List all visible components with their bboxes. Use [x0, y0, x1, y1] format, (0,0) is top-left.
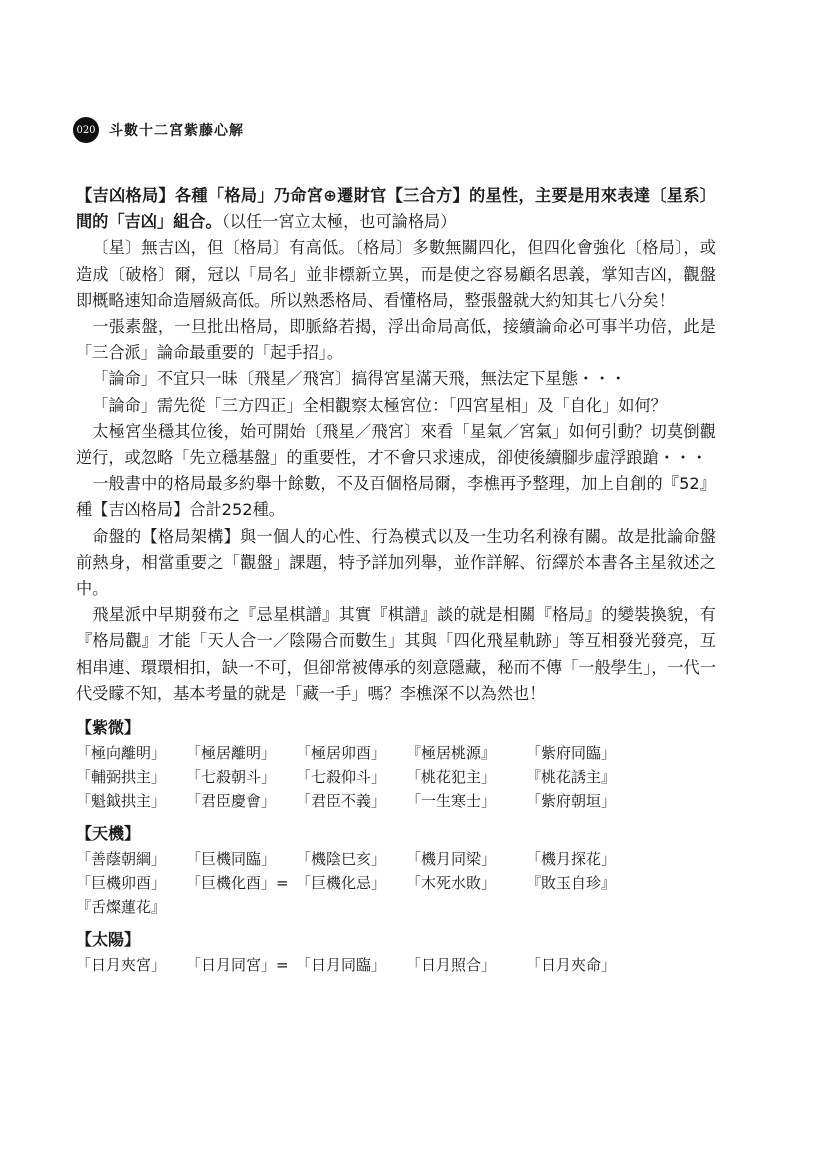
- body-text: 【吉凶格局】各種「格局」乃命宮⊕遷財官【三合方】的星性，主要是用來表達〔星系〕間…: [76, 183, 716, 977]
- pattern-item: 『極居桃源』: [406, 741, 526, 765]
- pattern-item: 「桃花犯主」: [406, 765, 526, 789]
- pattern-grid-taiyang: 「日月夾宮」 「日月同宮」= 「日月同臨」 「日月照合」 「日月夾命」: [76, 953, 716, 977]
- pattern-item: 「極向離明」: [76, 741, 186, 765]
- section-title-ziwei: 【紫微】: [76, 715, 716, 741]
- paragraph: 太極宮坐穩其位後，始可開始〔飛星／飛宮〕來看「星氣／宮氣」如何引動？切莫倒觀逆行…: [76, 419, 716, 471]
- paragraph: 〔星〕無吉凶，但〔格局〕有高低。〔格局〕多數無關四化，但四化會強化〔格局〕，或造…: [76, 235, 716, 314]
- paragraph: 「論命」不宜只一昧〔飛星／飛宮〕搞得宮星滿天飛，無法定下星態・・・: [76, 366, 716, 392]
- pattern-item: 「紫府同臨」: [526, 741, 636, 765]
- pattern-item: 『舌燦蓮花』: [76, 895, 186, 919]
- page-header: 020 斗數十二宮紫藤心解: [73, 117, 244, 143]
- paragraph: 命盤的【格局架構】與一個人的心性、行為模式以及一生功名利祿有關。故是批論命盤前熱…: [76, 524, 716, 603]
- pattern-item: 「日月同宮」=: [186, 953, 296, 977]
- pattern-item: 「機月同梁」: [406, 847, 526, 871]
- pattern-item: 「七殺仰斗」: [296, 765, 406, 789]
- pattern-item: 「機月探花」: [526, 847, 636, 871]
- pattern-item: 「君臣慶會」: [186, 789, 296, 813]
- paragraph: 「論命」需先從「三方四正」全相觀察太極宮位：「四宮星相」及「自化」如何？: [76, 393, 716, 419]
- pattern-item: 「日月夾命」: [526, 953, 636, 977]
- pattern-item: 「極居離明」: [186, 741, 296, 765]
- pattern-item: 「巨機化酉」=: [186, 871, 296, 895]
- paragraph-intro: 【吉凶格局】各種「格局」乃命宮⊕遷財官【三合方】的星性，主要是用來表達〔星系〕間…: [76, 183, 716, 235]
- pattern-item: 「木死水敗」: [406, 871, 526, 895]
- pattern-item: 「日月照合」: [406, 953, 526, 977]
- paragraph: 一般書中的格局最多約舉十餘數，不及百個格局爾，李樵再予整理，加上自創的『52』種…: [76, 471, 716, 523]
- running-title: 斗數十二宮紫藤心解: [109, 120, 244, 140]
- intro-note: （以任一宮立太極，也可論格局）: [222, 212, 457, 231]
- pattern-item: 「輔弼拱主」: [76, 765, 186, 789]
- pattern-item: 「善蔭朝綱」: [76, 847, 186, 871]
- page-number-badge: 020: [73, 117, 99, 143]
- paragraph: 一張素盤，一旦批出格局，即脈絡若揭，浮出命局高低，接續論命必可事半功倍，此是「三…: [76, 314, 716, 366]
- section-title-tianji: 【天機】: [76, 821, 716, 847]
- pattern-item: 「日月同臨」: [296, 953, 406, 977]
- paragraph: 飛星派中早期發布之『忌星棋譜』其實『棋譜』談的就是相關『格局』的變裝換貌，有『格…: [76, 602, 716, 707]
- pattern-item: 「君臣不義」: [296, 789, 406, 813]
- pattern-item: 「七殺朝斗」: [186, 765, 296, 789]
- pattern-grid-tianji: 「善蔭朝綱」 「巨機同臨」 「機陰巳亥」 「機月同梁」 「機月探花」 「巨機卯酉…: [76, 847, 716, 919]
- pattern-item: 「巨機化忌」: [296, 871, 406, 895]
- pattern-item: 「巨機同臨」: [186, 847, 296, 871]
- pattern-item: 「一生寒士」: [406, 789, 526, 813]
- pattern-item: 「魁鉞拱主」: [76, 789, 186, 813]
- pattern-item: 「巨機卯酉」: [76, 871, 186, 895]
- pattern-item: 「日月夾宮」: [76, 953, 186, 977]
- pattern-grid-ziwei: 「極向離明」 「極居離明」 「極居卯酉」 『極居桃源』 「紫府同臨」 「輔弼拱主…: [76, 741, 716, 813]
- pattern-item: 「紫府朝垣」: [526, 789, 636, 813]
- section-title-taiyang: 【太陽】: [76, 927, 716, 953]
- pattern-item: 『桃花誘主』: [526, 765, 636, 789]
- pattern-item: 「機陰巳亥」: [296, 847, 406, 871]
- pattern-item: 『敗玉自珍』: [526, 871, 636, 895]
- pattern-item: 「極居卯酉」: [296, 741, 406, 765]
